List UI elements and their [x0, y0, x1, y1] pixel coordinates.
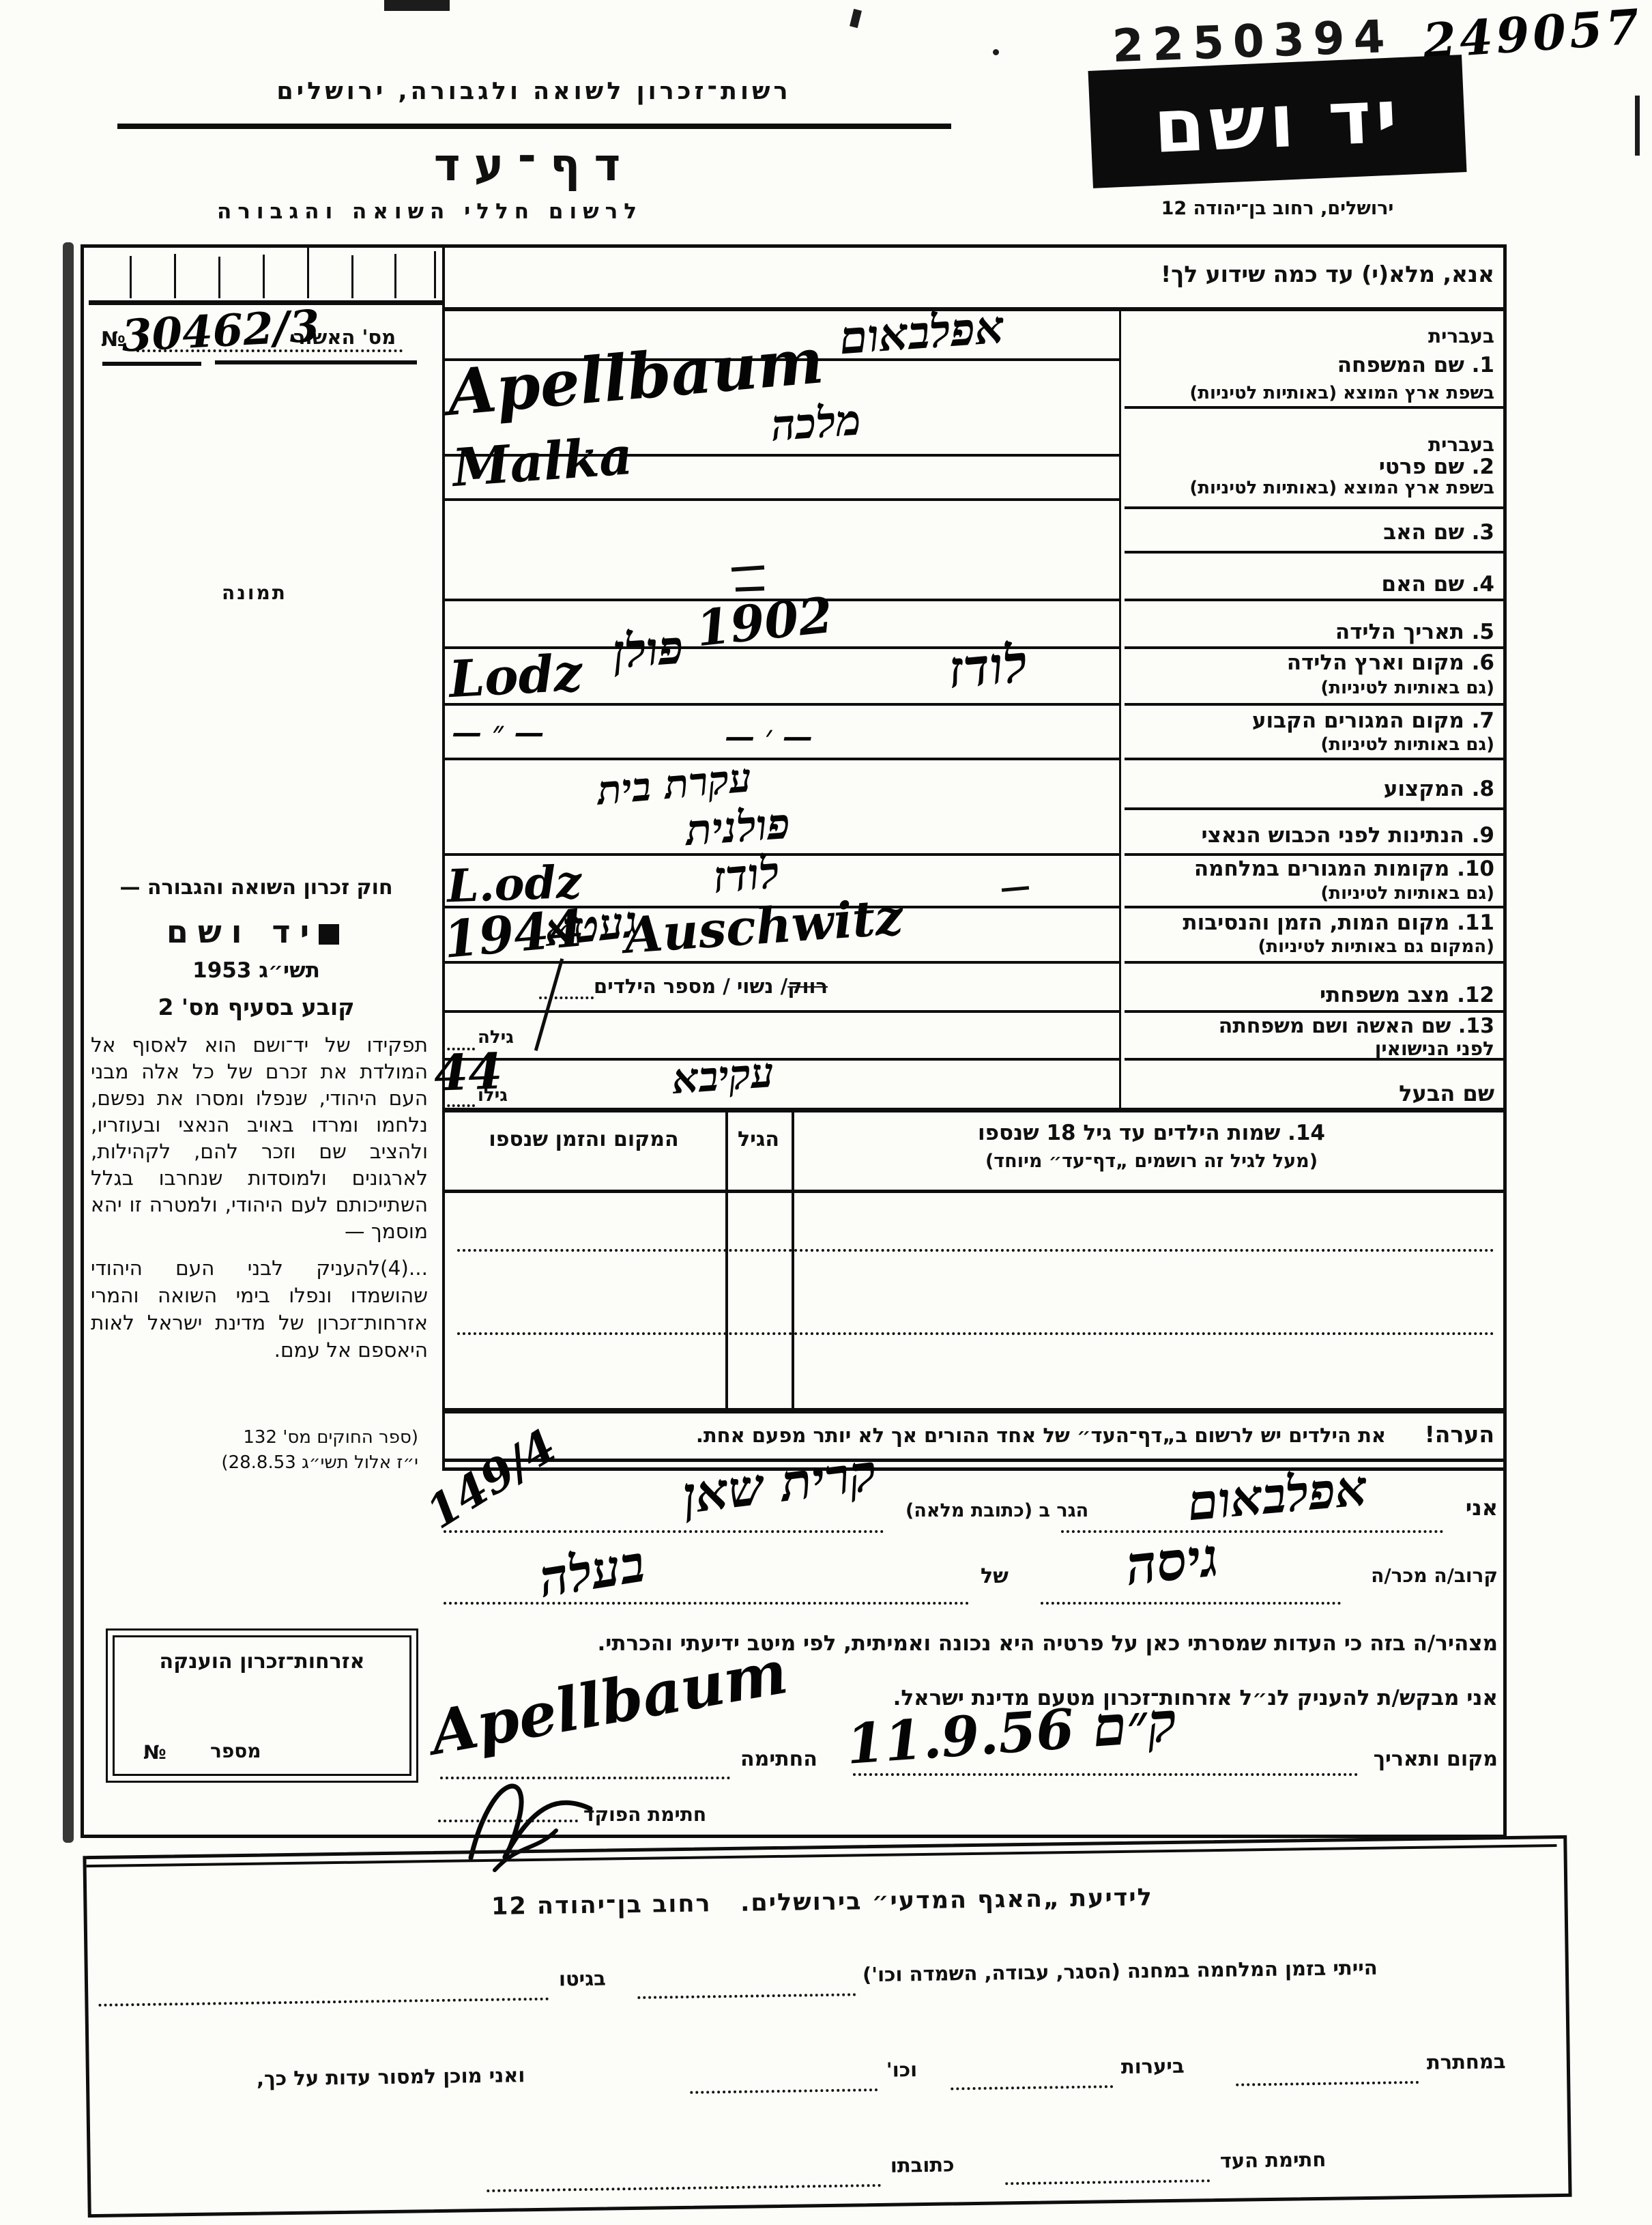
camp-row-label: הייתי בזמן המלחמה במחנה (הסגר, עבודה, הש… [863, 1956, 1378, 1987]
label-rule [1125, 703, 1505, 706]
birth-country-hebrew-handwritten: פולן [611, 620, 685, 679]
label-rule [1125, 506, 1505, 509]
label-column-divider [1119, 308, 1121, 1109]
declarant-name-line [1061, 1530, 1443, 1533]
law-body: תפקידו של יד־ושם הוא לאסוף אל המולדת את … [91, 1032, 428, 1245]
field-14-sublabel: (מעל לגיל זה רושמים „דף־עד״ מיוחד) [802, 1151, 1501, 1172]
scan-speck [993, 49, 999, 55]
scientific-branch-box: לידיעת „האגף המדעי״ בירושלים. רחוב בן־יה… [83, 1835, 1571, 2217]
label-rule [1125, 551, 1505, 554]
form-title: דף־עד [116, 139, 952, 191]
memorial-no-sign: № [143, 1741, 166, 1764]
field-8-label: 8. המקצוע [1384, 777, 1494, 801]
field-3-label: 3. שם האב [1383, 520, 1494, 545]
father-name-dash-handwritten [731, 565, 764, 571]
label-rule [1125, 1058, 1505, 1061]
form-subtitle: לרשום חללי השואה והגבורה [116, 199, 744, 224]
note-body: את הילדים יש לרשום ב„דף־העד״ של אחד ההור… [696, 1424, 1386, 1447]
perforation-tick [174, 254, 176, 298]
hebrew-tag-1: בעברית [1428, 325, 1494, 347]
field-9-label: 9. הנתינות לפני הכבוש הנאצי [1201, 823, 1494, 848]
label-rule [1125, 758, 1505, 760]
war-residence-dash-handwritten [1002, 886, 1029, 891]
perforation-tick [307, 247, 309, 298]
scan-speck [1635, 96, 1640, 156]
hebrew-tag-2: בעברית [1428, 433, 1494, 456]
relative-label: קרוב/ה מכר/ה [1371, 1564, 1498, 1587]
left-column-divider [442, 244, 445, 1469]
main-box-border-top [81, 244, 1507, 248]
birth-place-latin-handwritten: Lodz [448, 644, 583, 709]
children-count-line [539, 996, 594, 999]
camp-line [637, 1993, 856, 1998]
label-rule [1125, 1010, 1505, 1013]
perforation-tick [394, 254, 396, 298]
witness-signature-bottom-label: חתימת העד [1220, 2148, 1327, 2172]
main-box-border-right [1503, 244, 1507, 1837]
law-reference: (ספר החוקים מס' 132 י״ז אלול תשי״ג 28.8.… [91, 1425, 435, 1476]
scan-edge-strip [63, 242, 74, 1843]
value-rule [442, 961, 1119, 964]
field-14-label: 14. שמות הילדים עד גיל 18 שנספו [802, 1121, 1501, 1145]
declaration-i-label: אני [1466, 1495, 1498, 1521]
rel-line-b [444, 1602, 969, 1605]
ghetto-line [98, 1998, 549, 2007]
bottom-box-inner-topline [87, 1844, 1557, 1867]
logo-address: ירושלים, רחוב בן־יהודה 12 [1090, 198, 1464, 219]
forests-label: ביערות [1121, 2054, 1185, 2078]
label-rule [1125, 599, 1505, 601]
org-name: רשות־זכרון לשואה ולגבורה, ירושלים [116, 78, 952, 105]
marital-status-options: רווק/ נשוי / מספר הילדים [594, 975, 828, 998]
address-number-handwritten: 149/4 [417, 1419, 566, 1539]
label-rule [1125, 853, 1505, 856]
yad-vashem-logo-stamp: יד ושם [1088, 55, 1467, 188]
of-whom-handwritten: בעלה [535, 1534, 648, 1609]
witness-signature-handwritten: Apellbaum [425, 1636, 792, 1768]
label-rule [1125, 906, 1505, 908]
etc-line [690, 2088, 878, 2094]
label-rule [1125, 807, 1505, 810]
label-rule [1125, 961, 1505, 964]
table-top-rule [442, 1108, 1505, 1112]
testimony-page-scan: רשות־זכרון לשואה ולגבורה, ירושלים דף־עד … [0, 0, 1652, 2225]
first-name-hebrew-handwritten: מלכה [770, 394, 863, 451]
scan-speck [850, 9, 862, 28]
table-row-separator [457, 1332, 1494, 1335]
field-7-sublabel: (גם באותיות לטיניות) [1320, 734, 1494, 755]
field-6-label: 6. מקום וארץ הלידה [1287, 650, 1494, 675]
perforation-tick [434, 251, 436, 298]
field-12-label: 12. מצב משפחתי [1320, 983, 1494, 1007]
residence-ditto-handwritten: — ״ — [452, 715, 544, 750]
war-residence-hebrew-handwritten: לודז [711, 847, 781, 904]
scan-speck [384, 0, 450, 11]
field-10-sublabel: (גם באותיות לטיניות) [1320, 883, 1494, 904]
clerk-signature-line [438, 1820, 578, 1822]
value-rule [442, 1058, 1119, 1061]
perforation-tick [130, 256, 132, 298]
law-clause4: ...(4)להעניק לבני העם היהודי שהושמדו ונפ… [91, 1254, 428, 1364]
underground-label: במחתרת [1427, 2050, 1506, 2074]
residence-ditto-handwritten: — ׳ — [725, 719, 813, 754]
field-1-label: 1. שם המשפחה [1337, 353, 1494, 377]
field-1-sublabel: בשפת ארץ המוצא (באותיות לטיניות) [1189, 383, 1494, 403]
death-place-latin-handwritten: Auschwitz [623, 887, 905, 964]
witness-signature-bottom-line [1005, 2179, 1210, 2185]
value-rule [442, 1010, 1119, 1013]
first-name-latin-handwritten: Malka [450, 425, 635, 498]
family-name-hebrew-handwritten: אפלבאום [838, 300, 1006, 366]
yad-vashem-emblem-square [319, 924, 339, 945]
header-rule [117, 124, 951, 129]
approval-underline-b [215, 360, 417, 364]
field-13-label: 13. שם האשה ושם משפחתה [1219, 1014, 1494, 1038]
fill-instruction: אנא, מלא(י) עד כמה שידוע לך! [1161, 261, 1494, 287]
field-13-label2: לפני הנישואין [1375, 1037, 1494, 1060]
rel-line-a [1041, 1602, 1341, 1605]
perforation-tick [351, 255, 353, 298]
note-title: הערה! [1425, 1421, 1494, 1448]
approval-number-handwritten: 30462/3 [120, 300, 321, 362]
husband-name-handwritten: עקיבא [671, 1049, 776, 1104]
address-line [444, 1530, 884, 1533]
underground-line [1236, 2081, 1419, 2086]
field-4-label: 4. שם האם [1382, 572, 1494, 597]
marital-slash-handwritten [534, 958, 564, 1051]
field-11-label: 11. מקום המות, הזמן והנסיבות [1183, 910, 1494, 935]
law-name: יד ושם [87, 913, 425, 950]
table-bottom-rule [442, 1408, 1505, 1413]
husband-name-label: שם הבעל [1399, 1080, 1494, 1106]
place-date-label: מקום ותאריך [1374, 1747, 1498, 1771]
ghetto-label: בגיטו [559, 1967, 606, 1991]
birth-place-hebrew-handwritten: לודז [946, 633, 1030, 701]
table-col-age-header: הגיל [725, 1128, 792, 1151]
table-divider [792, 1108, 794, 1413]
marital-single-strikethrough: רווק [787, 975, 828, 998]
forests-line [951, 2085, 1113, 2090]
witness-address-line [487, 2184, 881, 2192]
table-header-rule [442, 1190, 1505, 1193]
label-rule [1125, 646, 1505, 649]
his-age-line [442, 1104, 475, 1107]
main-box-border-left [81, 244, 84, 1837]
table-row-separator [457, 1249, 1494, 1252]
his-age-handwritten: 44 [433, 1042, 504, 1102]
witness-address-label: כתובתו [890, 2153, 955, 2177]
law-clause-line: קובע בסעיף מס' 2 [87, 994, 425, 1020]
value-rule [442, 498, 1119, 501]
field-7-label: 7. מקום המגורים הקבוע [1252, 708, 1494, 733]
value-rule [442, 853, 1119, 856]
field-10-label: 10. מקומות המגורים במלחמה [1194, 857, 1494, 881]
memorial-citizenship-title: אזרחות־זכרון הוענקה [115, 1650, 409, 1674]
main-box-border-bottom [81, 1835, 1507, 1838]
label-rule [1125, 406, 1505, 409]
memorial-number-label: מספר [210, 1740, 261, 1762]
address-handwritten: קרית שאן [680, 1444, 880, 1526]
law-heading: חוק זכרון השואה והגבורה — [87, 876, 425, 900]
mother-name-dash-handwritten [736, 586, 764, 591]
of-label: של [981, 1564, 1009, 1588]
perforation-tick [218, 257, 220, 298]
perforation-tick [263, 255, 265, 298]
approval-underline-a [102, 362, 201, 366]
field-11-sublabel: (המקום גם באותיות לטיניות) [1258, 936, 1494, 957]
yad-vashem-logo-text: יד ושם [1152, 74, 1403, 170]
residing-label: הגר ב (כתובת מלאה) [905, 1500, 1088, 1521]
relation-handwritten: גיסה [1123, 1526, 1221, 1598]
memorial-citizenship-box: אזרחות־זכרון הוענקה מספר № [113, 1635, 411, 1776]
field-6-sublabel: (גם באותיות לטיניות) [1320, 678, 1494, 698]
table-divider [725, 1108, 728, 1413]
etc-label: וכו' [886, 2058, 918, 2082]
field-2-sublabel: בשפת ארץ המוצא (באותיות לטיניות) [1189, 478, 1494, 498]
table-col-place-header: המקום והזמן שנספו [442, 1128, 725, 1151]
ready-to-testify-label: ואני מוכן למסור עדות על כך, [257, 2063, 525, 2090]
law-year: תשי״ג 1953 [87, 958, 425, 983]
value-rule [442, 758, 1119, 760]
bottom-box-title: לידיעת „האגף המדעי״ בירושלים. רחוב בן־יה… [87, 1878, 1557, 1926]
field-5-label: 5. תאריך הלידה [1335, 620, 1494, 644]
family-name-latin-handwritten: Apellbaum [444, 324, 826, 430]
field-2-label: 2. שם פרטי [1379, 455, 1494, 479]
photo-label: תמונה [222, 582, 287, 604]
place-date-line [853, 1773, 1358, 1776]
signature-label: החתימה [740, 1747, 817, 1771]
